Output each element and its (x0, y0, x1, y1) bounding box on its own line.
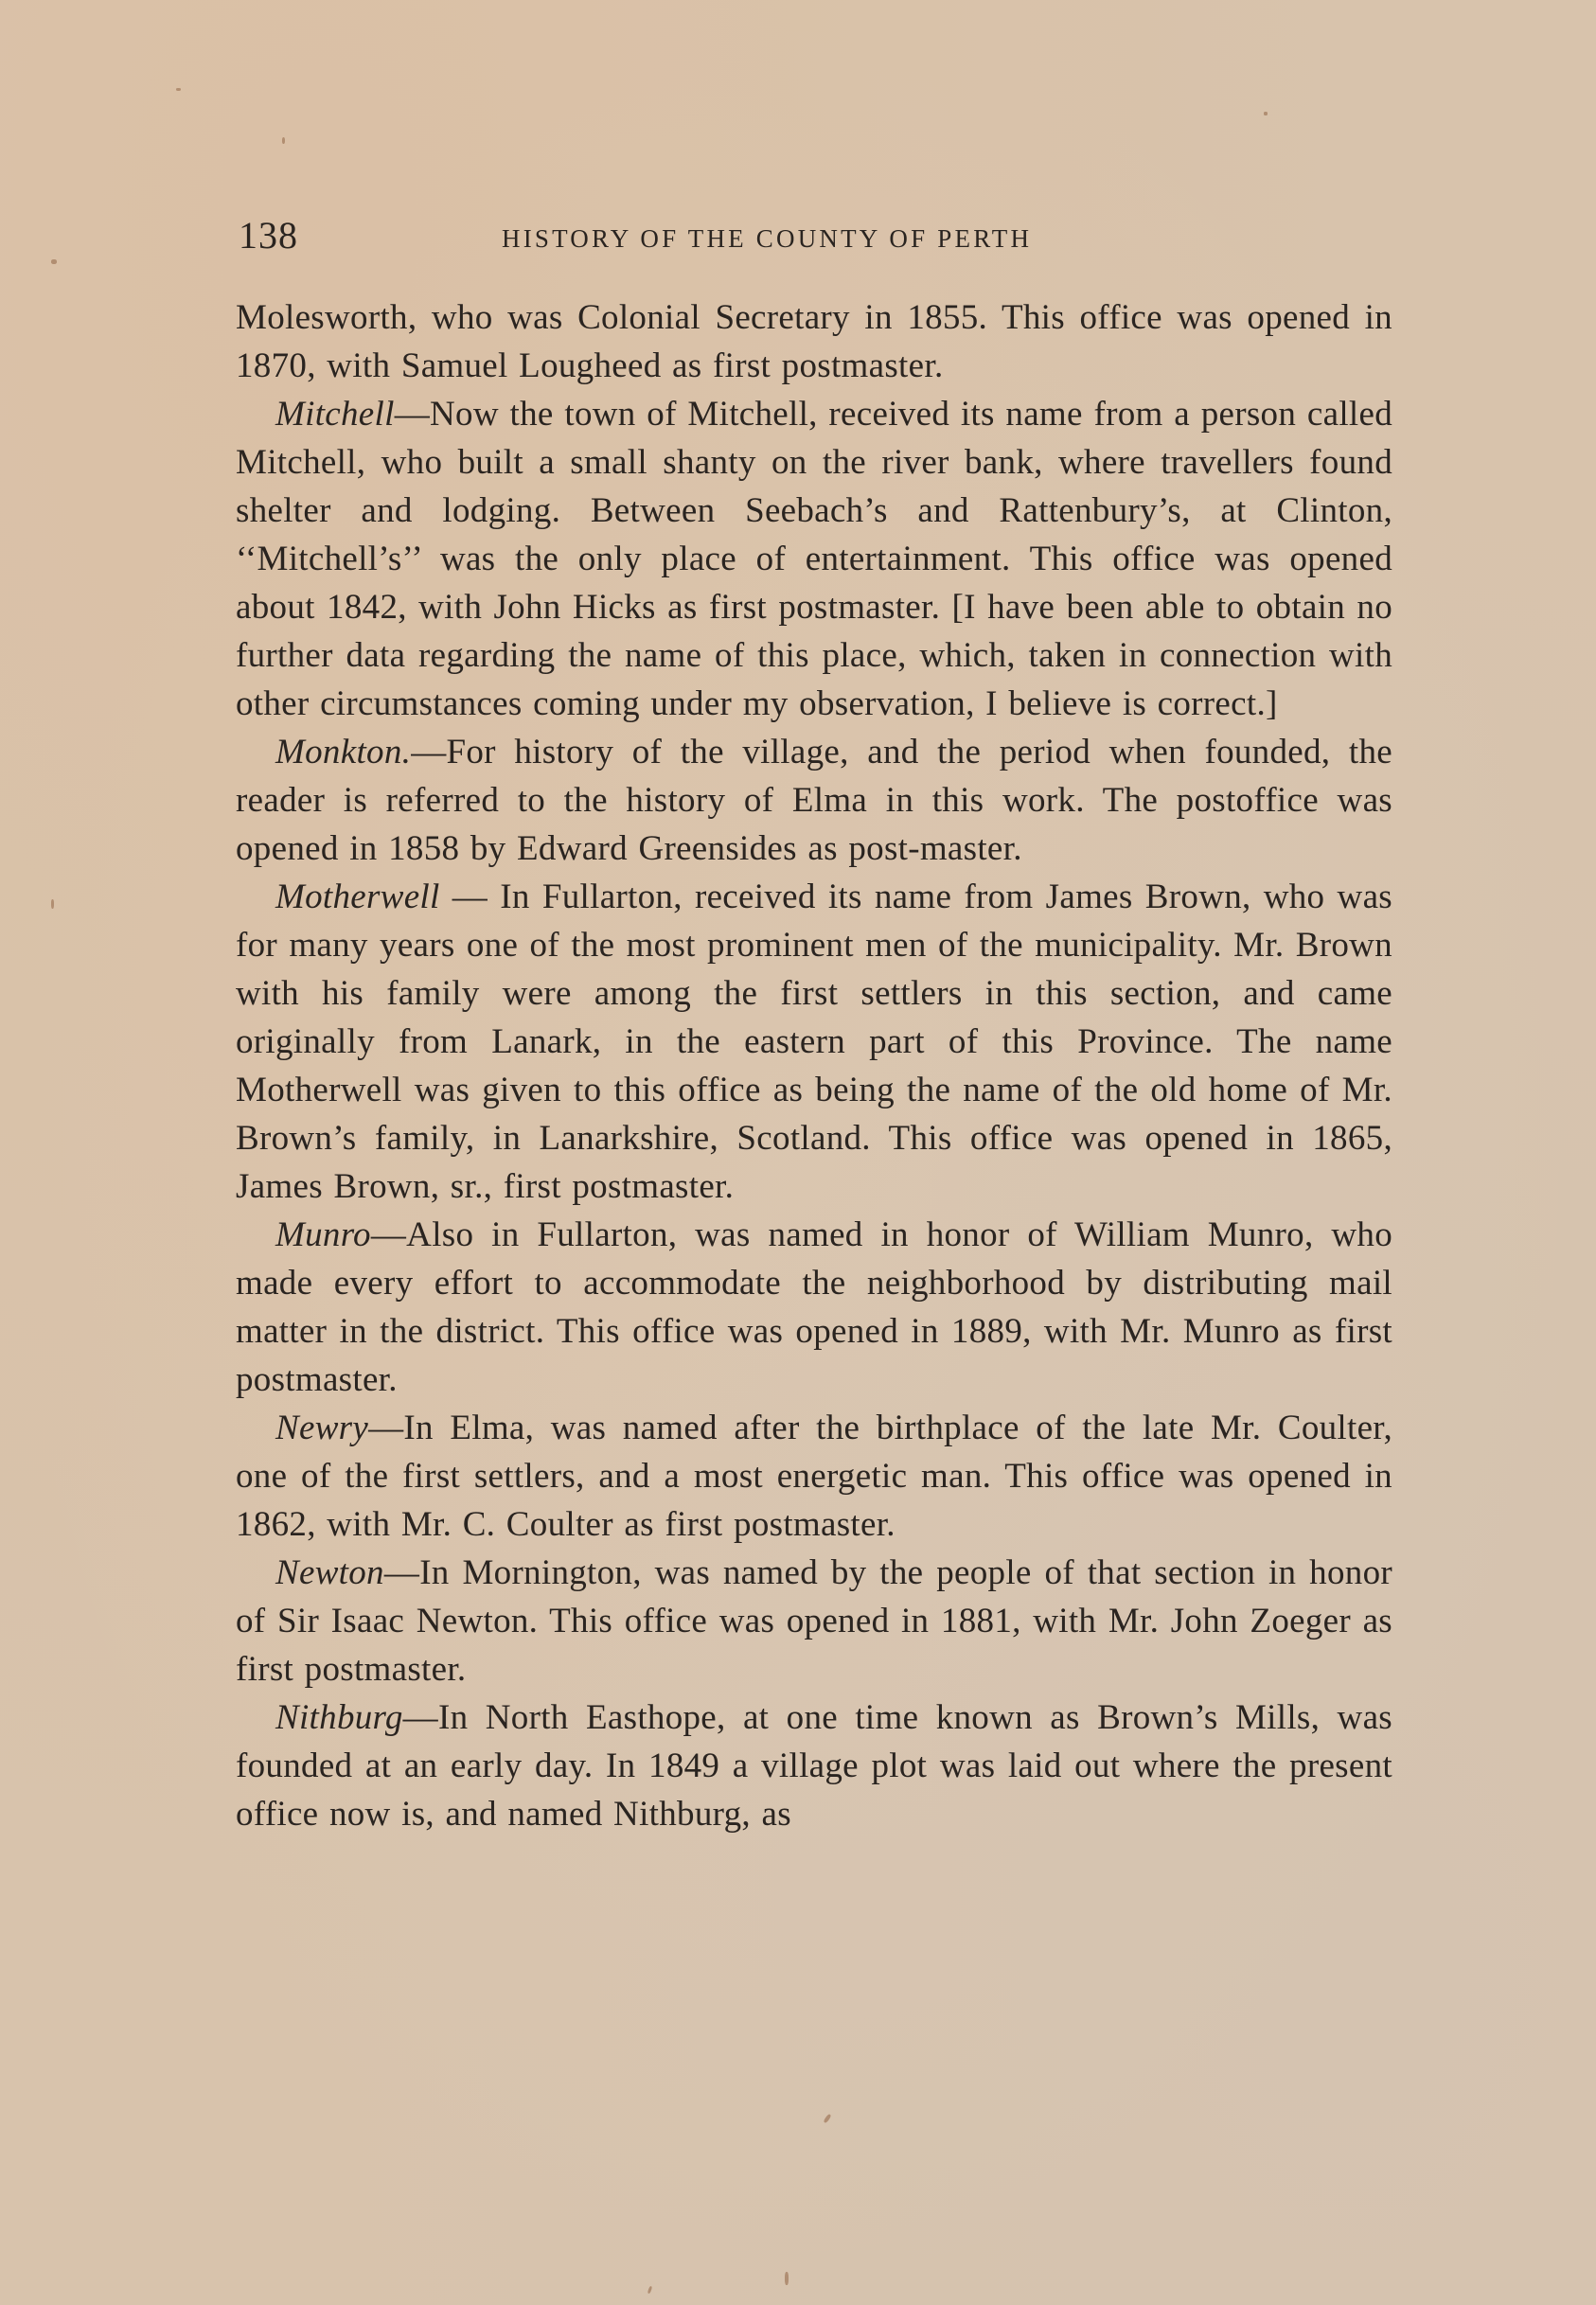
entry-text: Also in Fullarton, was named in honor of… (236, 1215, 1392, 1399)
entry-name: Nithburg (275, 1698, 403, 1737)
entry-motherwell: Motherwell — In Fullarton, received its … (236, 873, 1392, 1211)
paper-speck (1264, 112, 1268, 115)
entry-separator: — (368, 1409, 403, 1447)
entry-name: Mitchell (275, 395, 395, 434)
entry-text: In Fullarton, received its name from Jam… (236, 878, 1392, 1206)
entry-text: In Elma, was named after the birthplace … (236, 1409, 1392, 1544)
entry-name: Newry (275, 1409, 368, 1447)
entry-munro: Munro—Also in Fullarton, was named in ho… (236, 1211, 1392, 1404)
entry-separator: — (384, 1553, 419, 1592)
entry-nithburg: Nithburg—In North Easthope, at one time … (236, 1693, 1392, 1838)
continuation-paragraph: Molesworth, who was Colonial Secretary i… (236, 293, 1392, 390)
entry-newry: Newry—In Elma, was named after the birth… (236, 1404, 1392, 1549)
running-title: HISTORY OF THE COUNTY OF PERTH (502, 224, 1032, 254)
entry-name: Motherwell (275, 878, 440, 916)
entry-separator: — (395, 395, 430, 434)
entry-monkton: Monkton.—For history of the village, and… (236, 728, 1392, 873)
entry-separator: — (440, 878, 501, 916)
entry-separator: — (411, 733, 446, 771)
paper-speck (51, 259, 57, 264)
entry-mitchell: Mitchell—Now the town of Mitchell, recei… (236, 390, 1392, 728)
entry-separator: — (403, 1698, 438, 1737)
entry-name: Newton (275, 1553, 384, 1592)
running-head: 138 HISTORY OF THE COUNTY OF PERTH (239, 213, 1393, 260)
entry-name: Munro (275, 1215, 371, 1254)
book-page: 138 HISTORY OF THE COUNTY OF PERTH Moles… (0, 0, 1596, 2305)
entry-separator: — (371, 1215, 406, 1254)
paper-speck (176, 88, 181, 91)
paper-speck (823, 2114, 831, 2123)
paper-speck (282, 137, 285, 144)
entry-name: Monkton. (275, 733, 411, 771)
paper-speck (647, 2286, 653, 2295)
paper-speck (51, 899, 54, 909)
body-text: Molesworth, who was Colonial Secretary i… (236, 293, 1392, 1838)
page-number: 138 (239, 213, 298, 257)
entry-newton: Newton—In Mornington, was named by the p… (236, 1549, 1392, 1693)
entry-text: Now the town of Mitchell, received its n… (236, 395, 1392, 723)
paper-speck (785, 2272, 789, 2285)
